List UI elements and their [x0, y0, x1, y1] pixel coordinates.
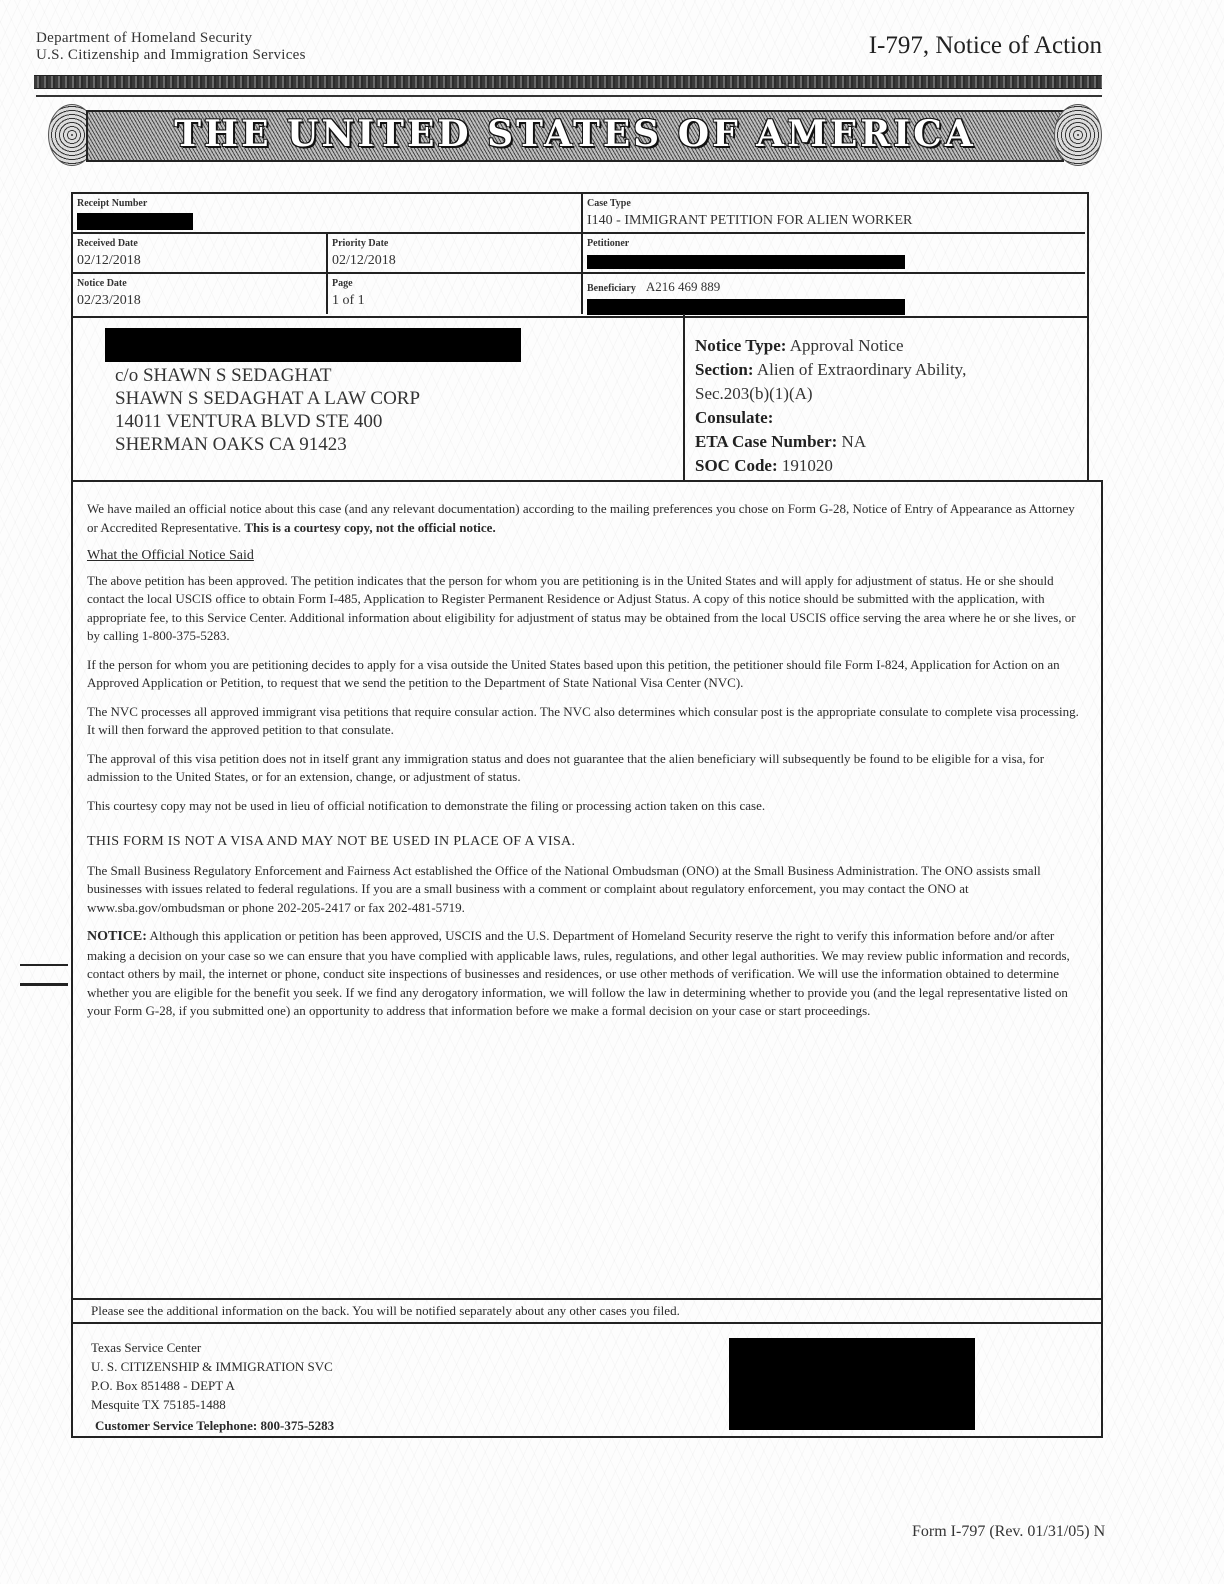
ono-paragraph: The Small Business Regulatory Enforcemen… [87, 862, 1083, 918]
intro-paragraph: We have mailed an official notice about … [87, 500, 1083, 537]
consulate-label: Consulate: [695, 408, 773, 427]
section-label: Section: [695, 360, 754, 379]
form-revision: Form I-797 (Rev. 01/31/05) N [912, 1523, 1105, 1541]
address-line: 14011 VENTURA BLVD STE 400 [115, 410, 420, 433]
office-line: P.O. Box 851488 - DEPT A [91, 1376, 333, 1395]
body-paragraph: If the person for whom you are petitioni… [87, 656, 1083, 693]
soc-code-label: SOC Code: [695, 456, 778, 475]
margin-mark-divider [20, 983, 68, 986]
priority-date-value: 02/12/2018 [332, 253, 577, 269]
priority-date-label: Priority Date [332, 238, 577, 250]
section-value-continued: Sec.203(b)(1)(A) [695, 382, 1087, 406]
case-type-cell: Case Type I140 - IMMIGRANT PETITION FOR … [583, 194, 1085, 234]
notice-type-value: Approval Notice [790, 336, 904, 355]
receipt-number-redacted [77, 213, 193, 230]
barcode-redacted [729, 1338, 975, 1430]
notice-type-label: Notice Type: [695, 336, 786, 355]
recipient-name-redacted [105, 328, 521, 362]
mailing-address: c/o SHAWN S SEDAGHAT SHAWN S SEDAGHAT A … [115, 364, 420, 456]
beneficiary-a-number: A216 469 889 [646, 279, 720, 294]
soc-code-value: 191020 [782, 456, 833, 475]
beneficiary-label: Beneficiary [587, 283, 636, 294]
page-label: Page [332, 278, 577, 290]
page-cell: Page 1 of 1 [328, 274, 583, 314]
additional-info-note: Please see the additional information on… [73, 1300, 1101, 1324]
service-center-address: Texas Service Center U. S. CITIZENSHIP &… [91, 1338, 333, 1414]
not-a-visa-statement: THIS FORM IS NOT A VISA AND MAY NOT BE U… [87, 833, 1083, 852]
agency-name: Department of Homeland Security [36, 30, 306, 47]
agency-subname: U.S. Citizenship and Immigration Service… [36, 47, 306, 64]
customer-service-phone: Customer Service Telephone: 800-375-5283 [95, 1418, 334, 1434]
address-line: c/o SHAWN S SEDAGHAT [115, 364, 420, 387]
page-value: 1 of 1 [332, 293, 577, 309]
courtesy-copy-statement: This is a courtesy copy, not the officia… [244, 520, 495, 535]
notice-date-cell: Notice Date 02/23/2018 [73, 274, 328, 314]
case-type-label: Case Type [587, 198, 1081, 210]
body-paragraph: The NVC processes all approved immigrant… [87, 703, 1083, 740]
office-line: Texas Service Center [91, 1338, 333, 1357]
address-line: SHERMAN OAKS CA 91423 [115, 433, 420, 456]
petitioner-redacted [587, 255, 905, 269]
body-paragraph: This courtesy copy may not be used in li… [87, 797, 1083, 816]
body-paragraph: The above petition has been approved. Th… [87, 572, 1083, 646]
address-line: SHAWN S SEDAGHAT A LAW CORP [115, 387, 420, 410]
service-center-footer: Please see the additional information on… [71, 1298, 1103, 1438]
notice-label: NOTICE: [87, 929, 147, 944]
case-type-value: I140 - IMMIGRANT PETITION FOR ALIEN WORK… [587, 213, 1081, 229]
agency-header: Department of Homeland Security U.S. Cit… [36, 30, 306, 64]
section-value: Alien of Extraordinary Ability, [757, 360, 966, 379]
beneficiary-name-redacted [587, 299, 905, 315]
notice-body: We have mailed an official notice about … [71, 480, 1103, 1298]
received-date-value: 02/12/2018 [77, 253, 322, 269]
petitioner-cell: Petitioner [583, 234, 1085, 274]
received-date-cell: Received Date 02/12/2018 [73, 234, 328, 274]
receipt-number-cell: Receipt Number [73, 194, 583, 234]
header-rule-divider [36, 95, 1102, 97]
notice-date-label: Notice Date [77, 278, 322, 290]
margin-mark-divider [20, 964, 68, 966]
header-bar-divider [34, 75, 1102, 89]
petitioner-label: Petitioner [587, 238, 1081, 250]
office-line: U. S. CITIZENSHIP & IMMIGRATION SVC [91, 1357, 333, 1376]
priority-date-cell: Priority Date 02/12/2018 [328, 234, 583, 274]
notice-details: Notice Type: Approval Notice Section: Al… [683, 314, 1087, 480]
eta-case-number-value: NA [842, 432, 867, 451]
official-notice-subheading: What the Official Notice Said [87, 547, 1083, 566]
notice-date-value: 02/23/2018 [77, 293, 322, 309]
beneficiary-cell: Beneficiary A216 469 889 [583, 274, 1085, 314]
receipt-number-label: Receipt Number [77, 198, 577, 210]
eta-case-number-label: ETA Case Number: [695, 432, 837, 451]
banner-text: THE UNITED STATES OF AMERICA [92, 114, 1058, 154]
body-paragraph: The approval of this visa petition does … [87, 750, 1083, 787]
usa-banner: THE UNITED STATES OF AMERICA [48, 104, 1102, 164]
banner-ornament-icon [1054, 104, 1102, 166]
form-title: I-797, Notice of Action [869, 32, 1102, 60]
office-line: Mesquite TX 75185-1488 [91, 1395, 333, 1414]
case-info-table: Receipt Number Case Type I140 - IMMIGRAN… [71, 192, 1089, 318]
verification-notice: NOTICE: Although this application or pet… [87, 927, 1083, 1021]
address-section: c/o SHAWN S SEDAGHAT SHAWN S SEDAGHAT A … [71, 314, 1089, 482]
received-date-label: Received Date [77, 238, 322, 250]
